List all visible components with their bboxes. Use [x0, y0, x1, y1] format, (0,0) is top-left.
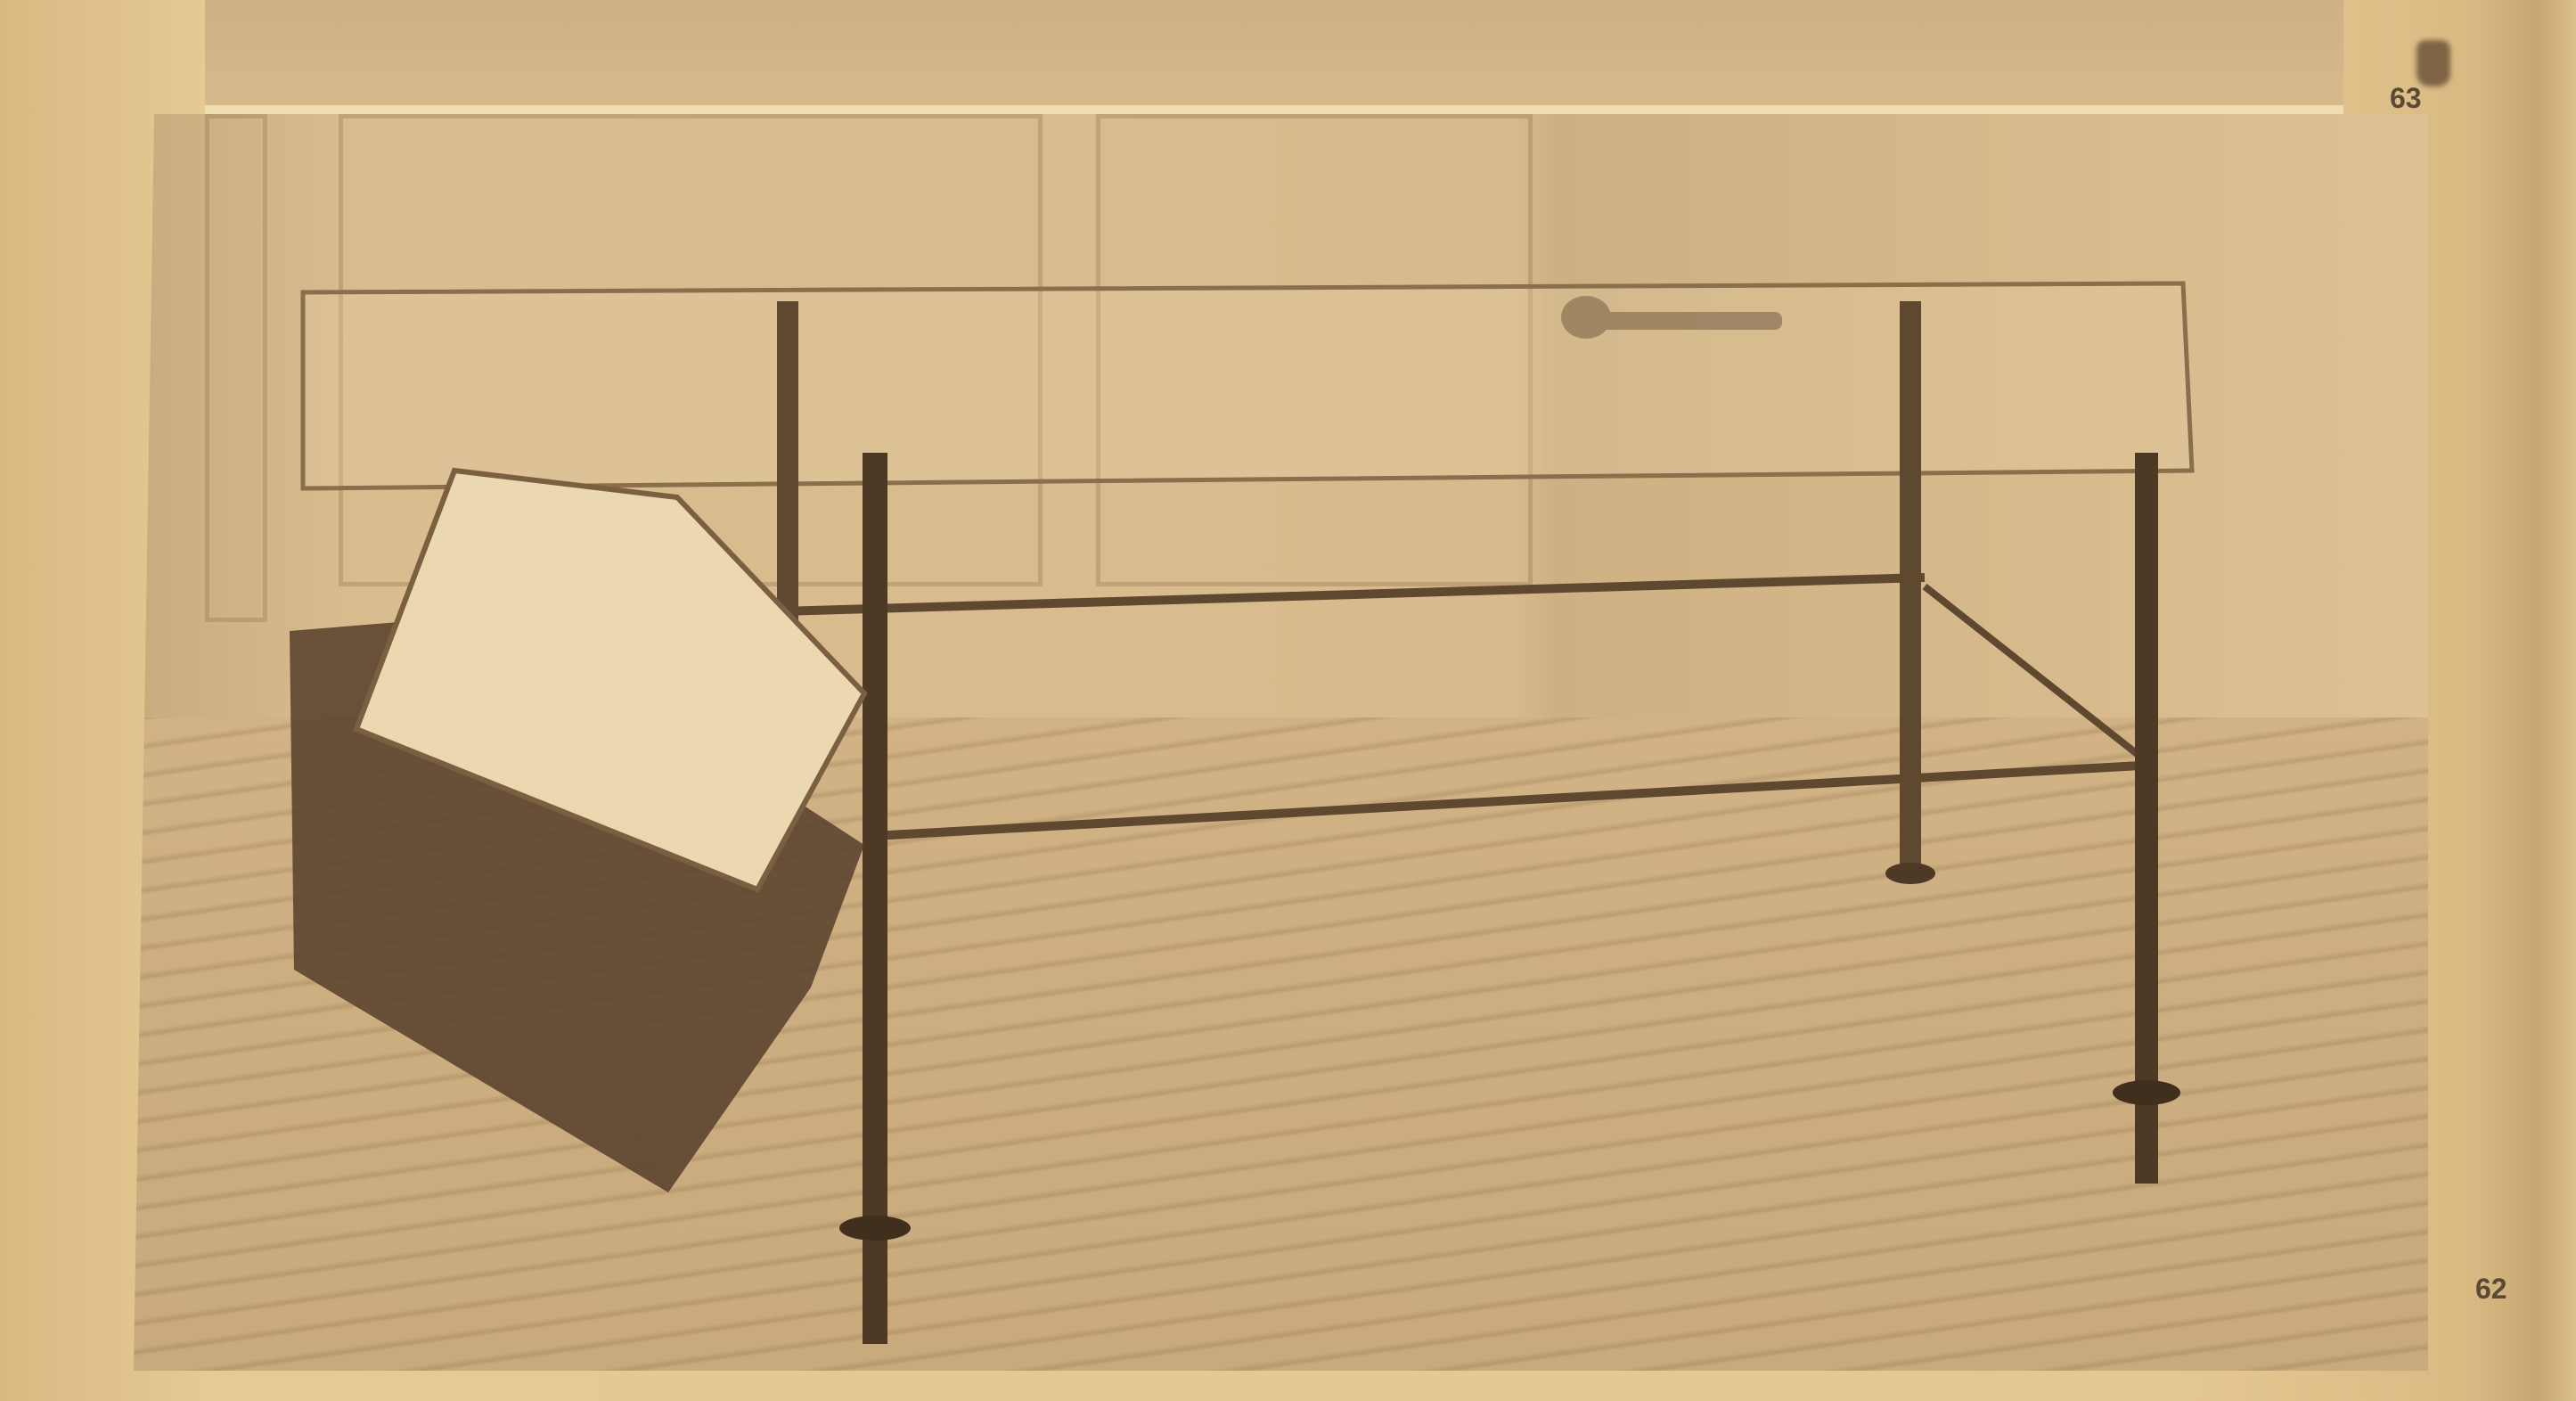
knob-detail: [2417, 40, 2450, 86]
catalog-page: 63 62: [0, 0, 2576, 1401]
table-illustration: [134, 114, 2428, 1371]
page-number-bottom: 62: [2475, 1273, 2507, 1306]
table-photograph: [134, 114, 2428, 1371]
page-number-top: 63: [2390, 82, 2422, 115]
page-edge-shadow: [2478, 0, 2576, 1401]
previous-photo-strip: [205, 0, 2343, 114]
